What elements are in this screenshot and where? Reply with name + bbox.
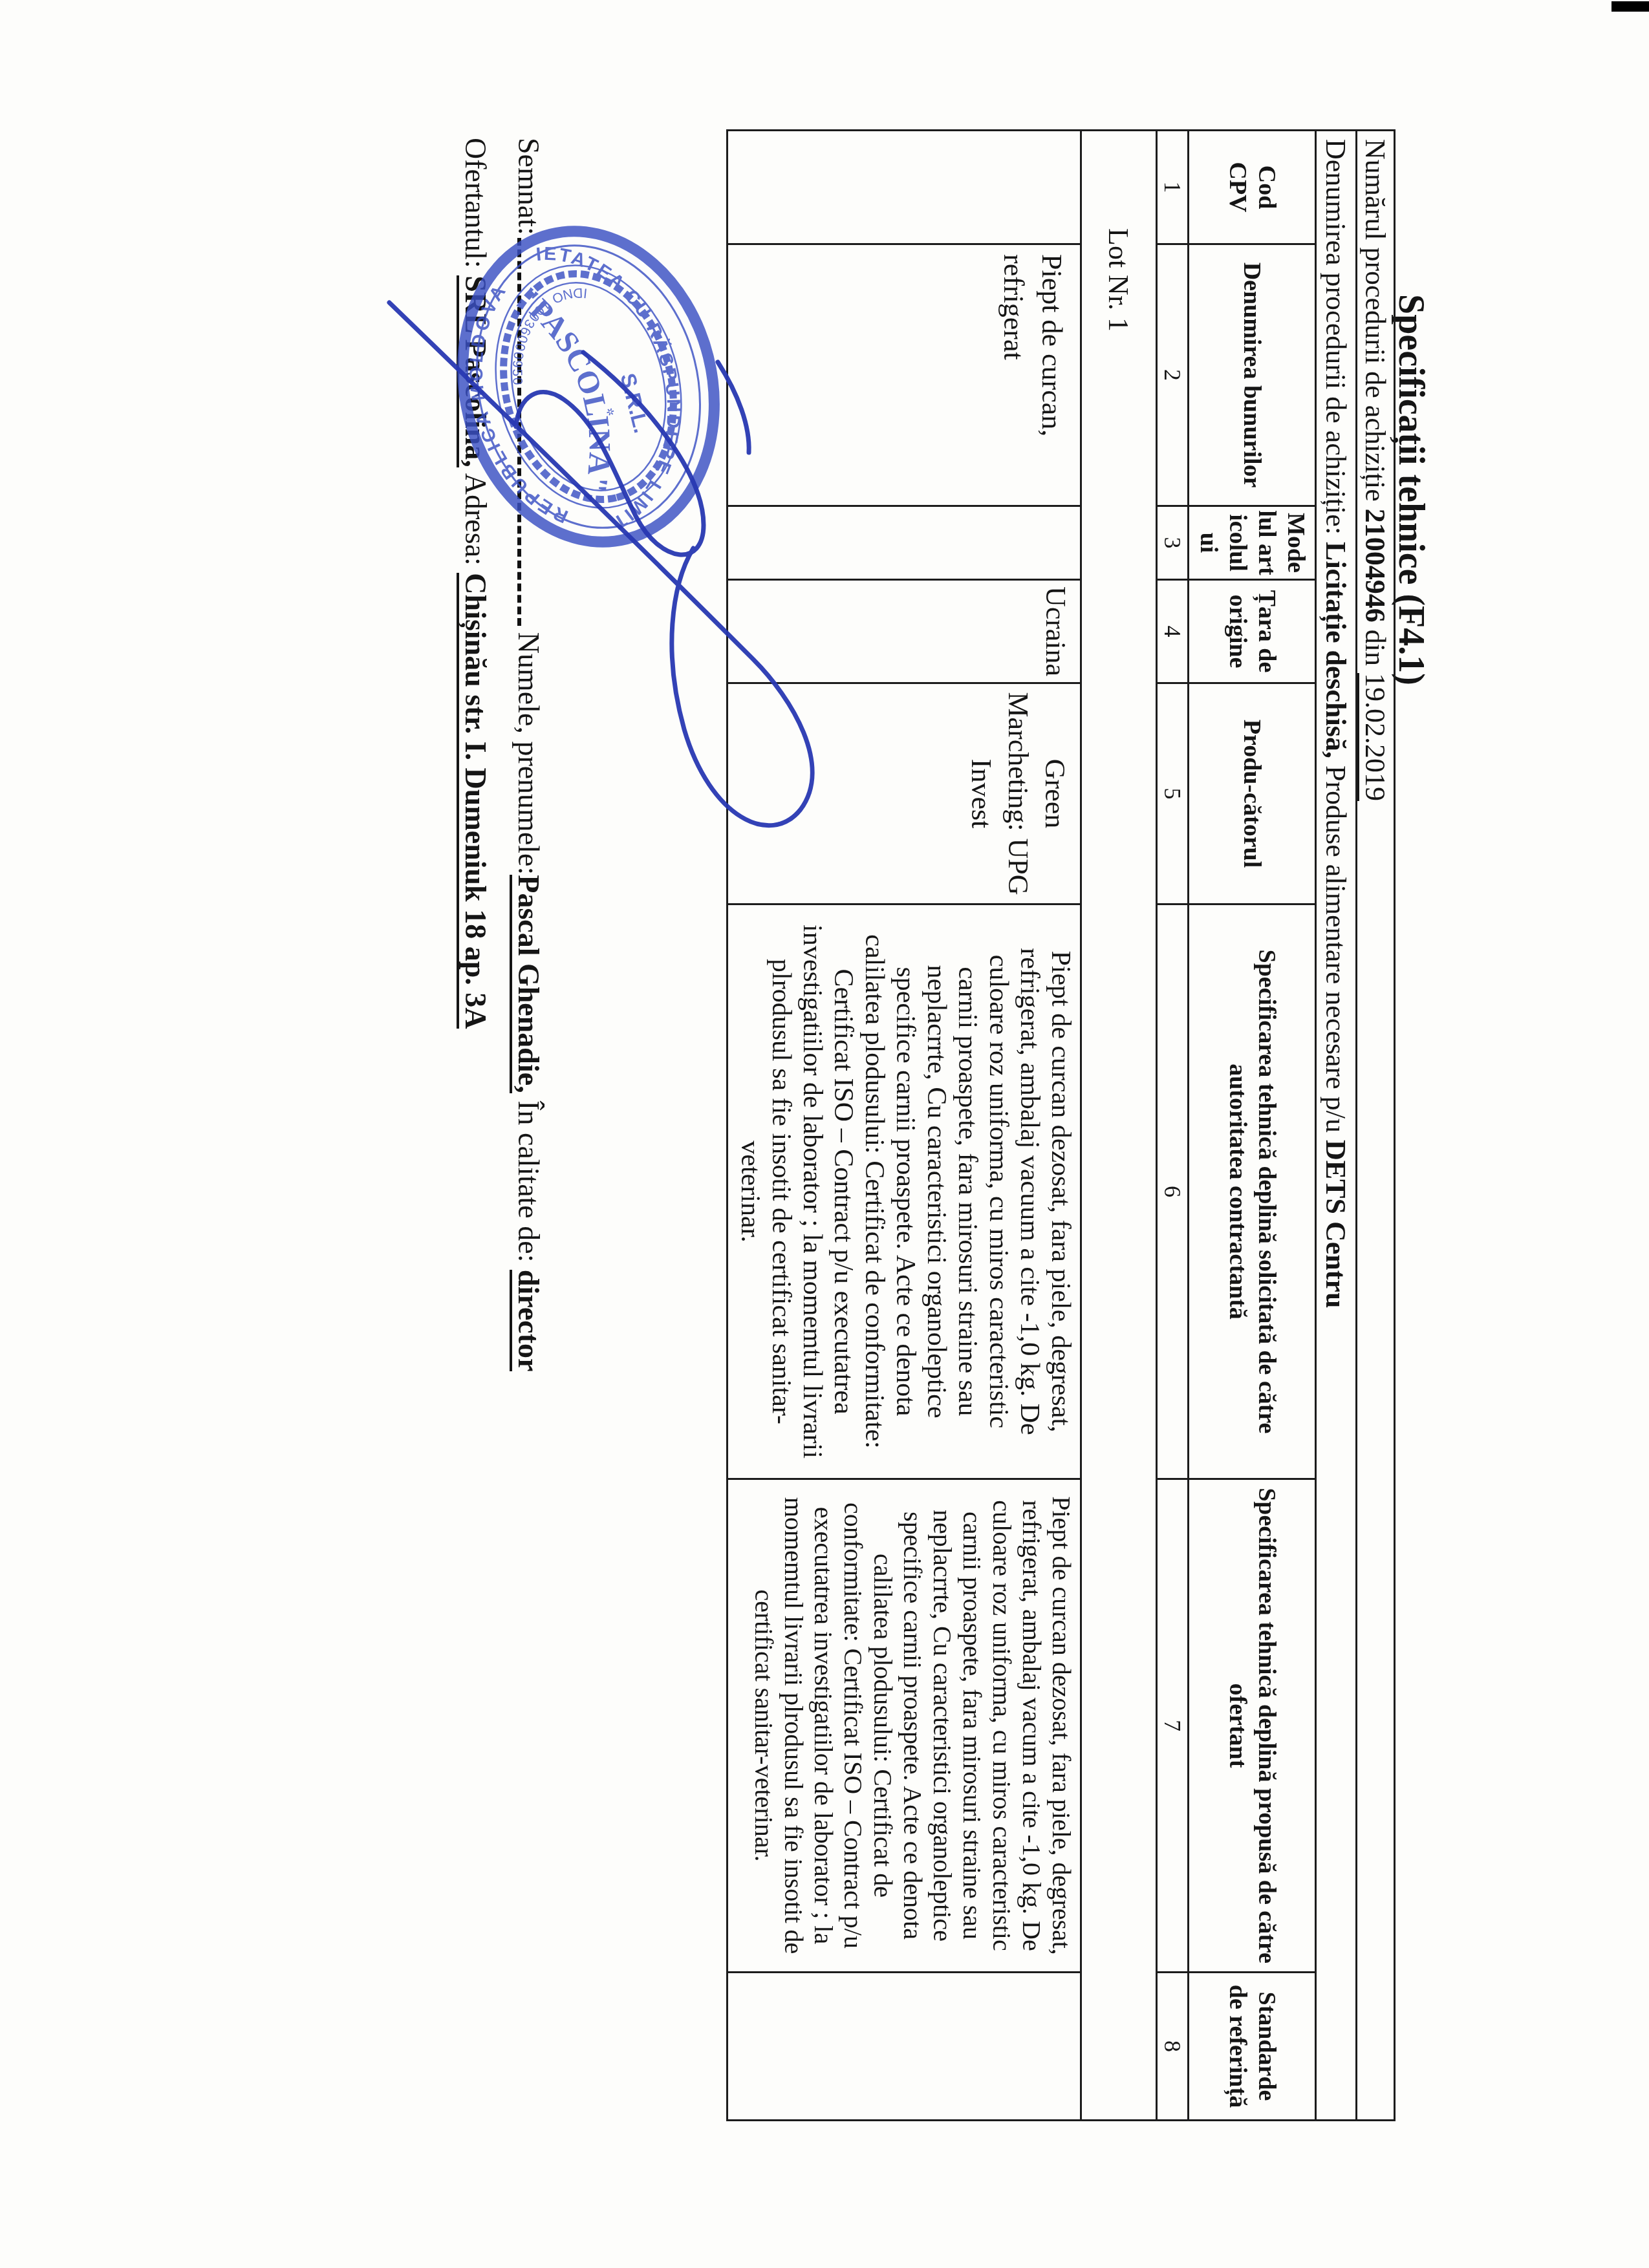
header-spec-solicitata: Specificarea tehnică deplină solicitată …	[1189, 904, 1316, 1479]
cell-model	[727, 506, 1081, 580]
col-number: 5	[1157, 683, 1189, 904]
offerer-label: Ofertantul:	[459, 138, 492, 275]
col-number: 2	[1157, 244, 1189, 506]
stamp-star: ✲	[603, 407, 616, 417]
svg-text:IDNO 1003600095070: IDNO 1003600095070	[490, 281, 613, 409]
lot-label: Lot Nr. 1	[1081, 131, 1157, 2121]
header-cod-cpv: Cod CPV	[1189, 131, 1316, 244]
signer-role: director	[510, 1270, 545, 1372]
col-number: 8	[1157, 1973, 1189, 2121]
table-row: Piept de curcan, refrigerat Ucraina Gree…	[727, 131, 1081, 2121]
procedure-type: Licitație deschisă,	[1320, 542, 1352, 758]
signed-label: Semnat:	[512, 138, 545, 235]
stamp-ring-top-text: SOCIETATEA CU RĂSPUNDERE LIMITATĂ,	[532, 218, 714, 537]
stamp-idno-text: IDNO 1003600095070	[490, 281, 613, 409]
cell-spec-propusa: Piept de curcan dezosat, fara piele, deg…	[727, 1479, 1081, 1973]
lot-row: Lot Nr. 1	[1081, 131, 1157, 2121]
signature-line-signed: Semnat:Numele, prenumele:Pascal Ghenadie…	[512, 138, 546, 1371]
procedure-number-conj: din	[1360, 623, 1392, 673]
procedure-name-middle: Produse alimentare necesare p/u	[1320, 758, 1352, 1140]
cell-denumirea: Piept de curcan, refrigerat	[727, 244, 1081, 506]
col-number: 4	[1157, 580, 1189, 683]
header-modelul-articolului: Modelul articolului	[1189, 506, 1316, 580]
scanned-page: Specificații tehnice (F4.1) Numărul proc…	[0, 0, 1649, 2268]
procedure-number-row: Numărul procedurii de achiziție 21004946…	[1357, 131, 1395, 2121]
role-label: În calitate de:	[512, 1093, 545, 1270]
col-number: 7	[1157, 1479, 1189, 1973]
table-header-row: Cod CPV Denumirea bunurilor Modelul arti…	[1189, 131, 1316, 2121]
signer-name: Pascal Ghenadie,	[510, 875, 545, 1093]
svg-text:SOCIETATEA CU RĂSPUNDERE LIMIT: SOCIETATEA CU RĂSPUNDERE LIMITATĂ,	[532, 218, 714, 537]
header-standarde: Standarde de referință	[1189, 1973, 1316, 2121]
header-producatorul: Produ-cătorul	[1189, 683, 1316, 904]
procedure-number-value: 21004946	[1360, 509, 1392, 623]
offerer-company: SRL Pascolina,	[457, 275, 492, 467]
header-spec-propusa: Specificarea tehnică deplină propusă de …	[1189, 1479, 1316, 1973]
header-tara-de-origine: Țara de origine	[1189, 580, 1316, 683]
address-label: Adresa:	[459, 467, 492, 573]
procedure-date: 19.02.2019	[1357, 673, 1392, 801]
offerer-address: Chișinău str. I. Dumeniuk 18 ap. 3A	[457, 573, 492, 1029]
col-number: 6	[1157, 904, 1189, 1479]
page-title: Specificații tehnice (F4.1)	[1390, 294, 1432, 685]
rotated-document-page: Specificații tehnice (F4.1) Numărul proc…	[0, 0, 1649, 2268]
procedure-authority: DETS Centru	[1320, 1140, 1352, 1308]
column-number-row: 1 2 3 4 5 6 7 8	[1157, 131, 1189, 2121]
procedure-name-label: Denumirea procedurii de achiziție:	[1320, 139, 1352, 542]
procedure-number-label: Numărul procedurii de achiziție	[1360, 139, 1392, 509]
cell-cod-cpv	[727, 131, 1081, 244]
specifications-table: Numărul procedurii de achiziție 21004946…	[726, 129, 1396, 2121]
procedure-name-row: Denumirea procedurii de achiziție: Licit…	[1316, 131, 1357, 2121]
scan-edge-artifact	[1611, 1, 1649, 12]
name-label: Numele, prenumele:	[512, 632, 545, 875]
cell-tara: Ucraina	[727, 580, 1081, 683]
stamp-srl-text: S.R.L.	[616, 371, 654, 436]
signature-line-offerer: Ofertantul: SRL Pascolina, Adresa: Chiși…	[458, 138, 493, 1029]
cell-spec-solicitata: Piept de curcan dezosat, fara piele, deg…	[727, 904, 1081, 1479]
cell-producator: Green Marcheting: UPG Invest	[727, 683, 1081, 904]
col-number: 1	[1157, 131, 1189, 244]
header-denumirea-bunurilor: Denumirea bunurilor	[1189, 244, 1316, 506]
signature-dashes	[517, 238, 541, 626]
cell-standarde	[727, 1973, 1081, 2121]
col-number: 3	[1157, 506, 1189, 580]
